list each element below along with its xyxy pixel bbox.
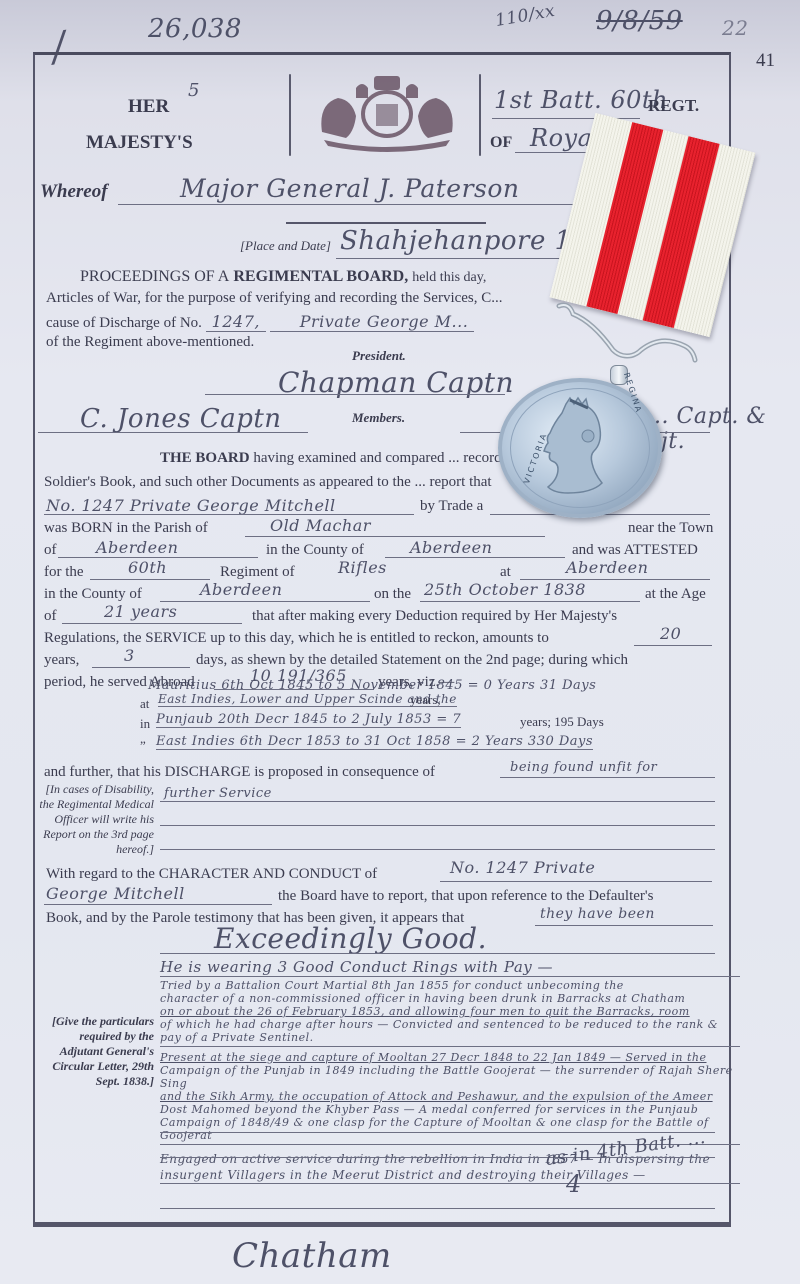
discharge-reason-line-2: further Service <box>164 786 272 801</box>
attested-date-value: 25th October 1838 <box>424 580 586 599</box>
president-signature-line <box>205 394 505 395</box>
of-label: OF <box>490 134 512 152</box>
service-abroad-suffix-2: years, <box>410 692 441 708</box>
particulars-line: He is wearing 3 Good Conduct Rings with … <box>160 958 740 977</box>
proceedings-line-3: cause of Discharge of No. 1247, Private … <box>46 312 474 332</box>
for-the-label: for the <box>44 564 84 581</box>
particulars-line: on or about the 26 of February 1853, and… <box>160 1005 740 1018</box>
blank-rule-4 <box>160 1208 715 1209</box>
discharge-rule-3 <box>160 825 715 826</box>
discharge-number-value: 1247, <box>206 312 266 332</box>
attested-date-line <box>420 601 640 602</box>
age-value: 21 years <box>104 602 177 621</box>
regiment-number-value: 60th <box>128 558 167 577</box>
near-town-label: near the Town <box>628 520 713 537</box>
county-value: Aberdeen <box>410 538 492 557</box>
character-subject-line-1: No. 1247 Private <box>450 858 595 877</box>
town-value: Aberdeen <box>96 538 178 557</box>
commanding-officer-value: Major General J. Paterson <box>180 174 520 203</box>
age-line <box>62 623 242 624</box>
board-report-text: the Board have to report, that upon refe… <box>278 888 653 905</box>
her-annotation: 5 <box>188 80 200 101</box>
regiment-type-value: Rifles <box>338 558 387 577</box>
county-2-line <box>160 601 370 602</box>
queen-victoria-effigy-icon <box>536 396 606 500</box>
character-subject-line-2: George Mitchell <box>46 884 185 903</box>
top-number-annotation: 26,038 <box>148 14 242 44</box>
regt-label: REGT. <box>648 96 699 116</box>
soldiers-book-line: Soldier's Book, and such other Documents… <box>44 474 492 491</box>
service-abroad-line-1: Mauritius 6th Oct 1845 to 5 November 184… <box>148 678 596 693</box>
years-label: years, <box>44 652 79 669</box>
blank-rule-3 <box>160 1183 715 1184</box>
place-date-label: [Place and Date] <box>240 238 331 254</box>
royal-coat-of-arms-icon <box>312 72 462 152</box>
county-label: in the County of <box>266 542 364 559</box>
age-of-label: of <box>44 608 57 625</box>
character-verdict: Exceedingly Good. <box>214 922 487 955</box>
particulars-line: pay of a Private Sentinel. <box>160 1031 740 1047</box>
proceedings-line-4: of the Regiment above-mentioned. <box>46 334 254 351</box>
born-parish-value: Old Machar <box>270 516 371 535</box>
adjutant-side-note: [Give the particulars required by the Ad… <box>34 1014 154 1089</box>
discharge-label: and further, that his DISCHARGE is propo… <box>44 764 435 781</box>
attested-label: and was ATTESTED <box>572 542 698 559</box>
her-label: HER <box>128 96 169 118</box>
proceedings-title: PROCEEDINGS OF A REGIMENTAL BOARD, held … <box>80 268 486 286</box>
born-label: was BORN in the Parish of <box>44 520 208 537</box>
regiment-battalion-value: 1st Batt. 60th <box>494 86 668 114</box>
service-years-value: 20 <box>660 624 681 643</box>
county-2-label: in the County of <box>44 586 142 603</box>
top-right-annotation: 22 <box>722 16 748 40</box>
member-1-signature-line <box>38 432 308 433</box>
born-parish-line <box>245 536 545 537</box>
page-number: 41 <box>756 50 775 72</box>
regiment-of-label: Regiment of <box>220 564 295 581</box>
soldier-identity-value: No. 1247 Private George Mitchell <box>46 496 336 515</box>
discharge-reason-line-1-rule <box>500 777 715 778</box>
by-trade-label: by Trade a <box>420 498 483 515</box>
character-label: With regard to the CHARACTER AND CONDUCT… <box>46 866 377 883</box>
county-line <box>385 557 565 558</box>
medal-suspender-icon <box>555 300 705 370</box>
service-abroad-line-3: Punjaub 20th Decr 1845 to 2 July 1853 = … <box>156 712 461 728</box>
on-the-label: on the <box>374 586 411 603</box>
service-days-line <box>92 667 190 668</box>
header-divider-left <box>289 74 291 156</box>
top-date-annotation: 9/8/59 <box>596 6 683 36</box>
proceedings-line-2: Articles of War, for the purpose of veri… <box>46 290 503 307</box>
header-divider-right <box>479 74 481 156</box>
character-subject-rule-2 <box>44 904 272 905</box>
attested-at-label: at <box>500 564 511 581</box>
whereof-label: Whereof <box>40 181 108 203</box>
service-abroad-line-4: East Indies 6th Decr 1853 to 31 Oct 1858… <box>156 734 593 750</box>
discharge-reason-line-1: being found unfit for <box>510 760 657 775</box>
county-2-value: Aberdeen <box>200 580 282 599</box>
particulars-line: Tried by a Battalion Court Martial 8th J… <box>160 979 740 992</box>
regiment-number-line <box>90 579 210 580</box>
service-abroad-prefix-3: in <box>140 716 150 732</box>
bottom-note-2: 4 <box>566 1170 582 1198</box>
particulars-line: insurgent Villagers in the Meerut Distri… <box>160 1167 740 1184</box>
attested-place-value: Aberdeen <box>566 558 648 577</box>
board-intro-line: THE BOARD having examined and compared .… <box>160 450 533 467</box>
at-the-age-label: at the Age <box>645 586 706 603</box>
character-subject-rule-1 <box>440 881 712 882</box>
whereof-heavy-rule <box>286 222 486 224</box>
top-ref-annotation: 110/xx <box>494 1 557 31</box>
service-days-value: 3 <box>124 646 135 665</box>
majestys-label: MAJESTY'S <box>86 132 193 154</box>
particulars-line: Campaign of the Punjab in 1849 including… <box>160 1064 740 1090</box>
members-label: Members. <box>352 410 405 426</box>
chatham-signature: Chatham <box>232 1236 392 1276</box>
particulars-line: Dost Mahomed beyond the Khyber Pass — A … <box>160 1103 740 1116</box>
service-years-line <box>634 645 712 646</box>
member-1-signature: C. Jones Captn <box>80 404 282 434</box>
town-of-label: of <box>44 542 57 559</box>
president-label: President. <box>352 348 406 364</box>
disability-side-note: [In cases of Disability, the Regimental … <box>34 782 154 857</box>
book-value-rule <box>535 925 713 926</box>
particulars-line: and the Sikh Army, the occupation of Att… <box>160 1090 740 1103</box>
particulars-line: Present at the siege and capture of Mool… <box>160 1051 740 1064</box>
service-abroad-prefix-2: at <box>140 696 149 712</box>
service-abroad-suffix-3: years; 195 Days <box>520 714 604 730</box>
particulars-line: of which he had charge after hours — Con… <box>160 1018 740 1031</box>
regulations-text: Regulations, the SERVICE up to this day,… <box>44 630 549 647</box>
discharge-rule-2 <box>160 801 715 802</box>
soldier-identity-line <box>44 514 414 515</box>
verdict-rule <box>160 953 715 954</box>
service-abroad-prefix-4: ” <box>140 738 146 754</box>
particulars-line: character of a non-commissioned officer … <box>160 992 740 1005</box>
discharge-name-value: Private George M... <box>270 312 475 332</box>
discharge-rule-4 <box>160 849 715 850</box>
character-book-value: they have been <box>540 906 655 922</box>
document-frame-bottom-rule <box>33 1222 731 1226</box>
blank-rule-1 <box>160 1132 715 1133</box>
deduction-text: that after making every Deduction requir… <box>252 608 617 625</box>
indian-mutiny-medal: VICTORIA REGINA <box>498 378 662 518</box>
